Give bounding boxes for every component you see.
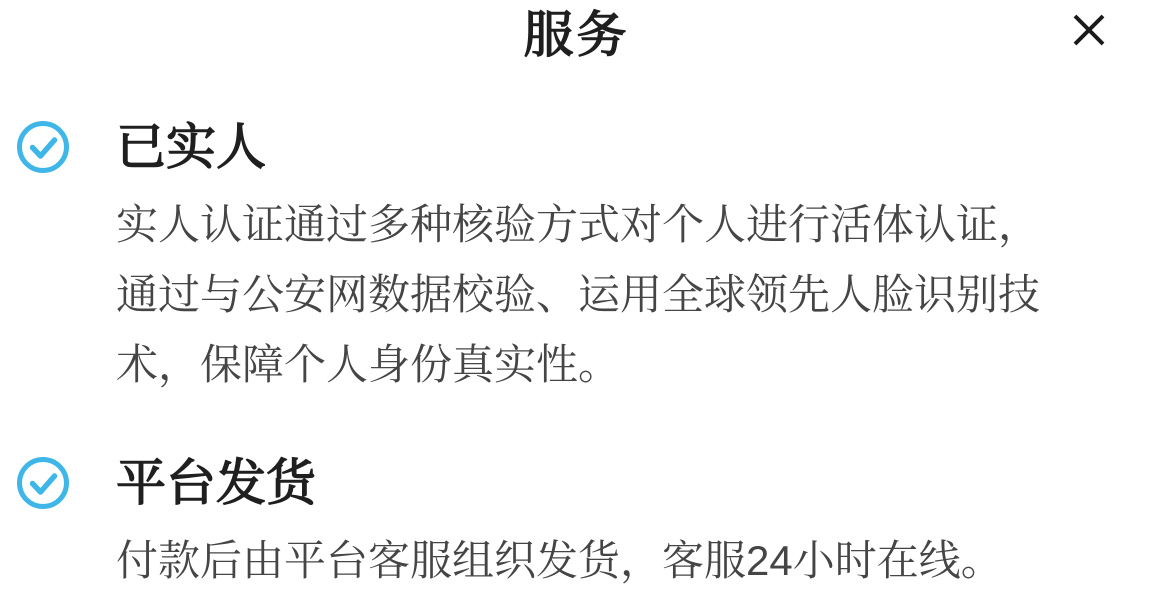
service-modal: { "modal": { "title": "服务" }, "colors": …	[0, 0, 1153, 613]
service-heading-platform-shipping: 平台发货	[116, 454, 1137, 512]
check-circle-icon	[16, 120, 70, 174]
service-section-platform-shipping: 平台发货 付款后由平台客服组织发货，客服24小时在线。	[16, 454, 1137, 596]
modal-header: 服务	[0, 0, 1153, 62]
service-list: 已实人 实人认证通过多种核验方式对个人进行活体认证，通过与公安网数据校验、运用全…	[0, 118, 1153, 596]
service-content: 平台发货 付款后由平台客服组织发货，客服24小时在线。	[116, 454, 1137, 596]
modal-title: 服务	[0, 8, 1153, 62]
service-description-platform-shipping: 付款后由平台客服组织发货，客服24小时在线。	[116, 526, 1056, 596]
service-content: 已实人 实人认证通过多种核验方式对个人进行活体认证，通过与公安网数据校验、运用全…	[116, 118, 1137, 400]
service-description-real-person: 实人认证通过多种核验方式对个人进行活体认证，通过与公安网数据校验、运用全球领先人…	[116, 190, 1056, 400]
check-circle-icon	[16, 456, 70, 510]
close-icon	[1070, 11, 1108, 49]
service-heading-real-person: 已实人	[116, 118, 1137, 176]
close-button[interactable]	[1065, 6, 1113, 54]
service-section-real-person: 已实人 实人认证通过多种核验方式对个人进行活体认证，通过与公安网数据校验、运用全…	[16, 118, 1137, 400]
